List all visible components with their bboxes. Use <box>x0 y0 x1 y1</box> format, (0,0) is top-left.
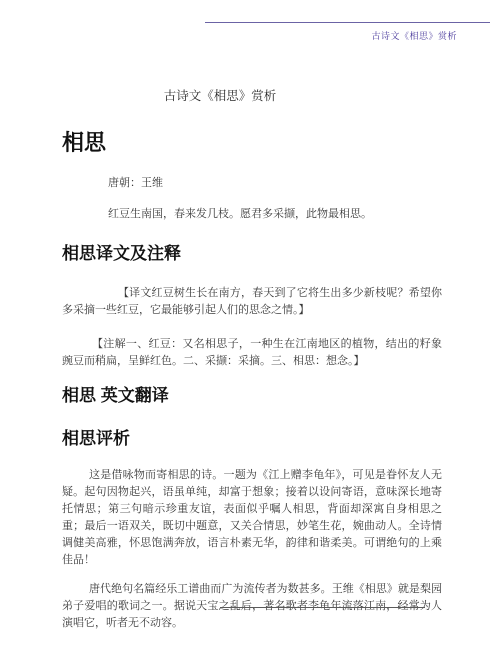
section-heading-translation-notes: 相思译文及注释 <box>62 243 442 265</box>
paragraph-notes: 【注解一、红豆：又名相思子，一种生在江南地区的植物，结出的籽象豌豆而稍扁，呈鲜红… <box>62 336 442 370</box>
poem-author: 唐朝：王维 <box>62 175 442 192</box>
poem-title-heading: 相思 <box>62 129 442 157</box>
document-content: 古诗文《相思》赏析 相思 唐朝：王维 红豆生南国，春来发几枝。愿君多采撷，此物最… <box>62 0 442 632</box>
paragraph-translation: 【译文红豆树生长在南方，春天到了它将生出多少新枝呢？希望你多采摘一些红豆，它最能… <box>62 285 442 319</box>
document-page: 古诗文《相思》赏析 古诗文《相思》赏析 相思 唐朝：王维 红豆生南国，春来发几枝… <box>0 0 500 647</box>
section-heading-analysis: 相思评析 <box>62 428 442 450</box>
paragraph-analysis-1: 这是借咏物而寄相思的诗。一题为《江上赠李龟年》，可见是眷怀友人无疑。起句因物起兴… <box>62 467 442 569</box>
poem-verse: 红豆生南国，春来发几枝。愿君多采撷，此物最相思。 <box>62 206 442 223</box>
footer-divider <box>220 607 425 608</box>
section-heading-english-translation: 相思 英文翻译 <box>62 385 442 407</box>
document-center-title: 古诗文《相思》赏析 <box>30 0 410 105</box>
